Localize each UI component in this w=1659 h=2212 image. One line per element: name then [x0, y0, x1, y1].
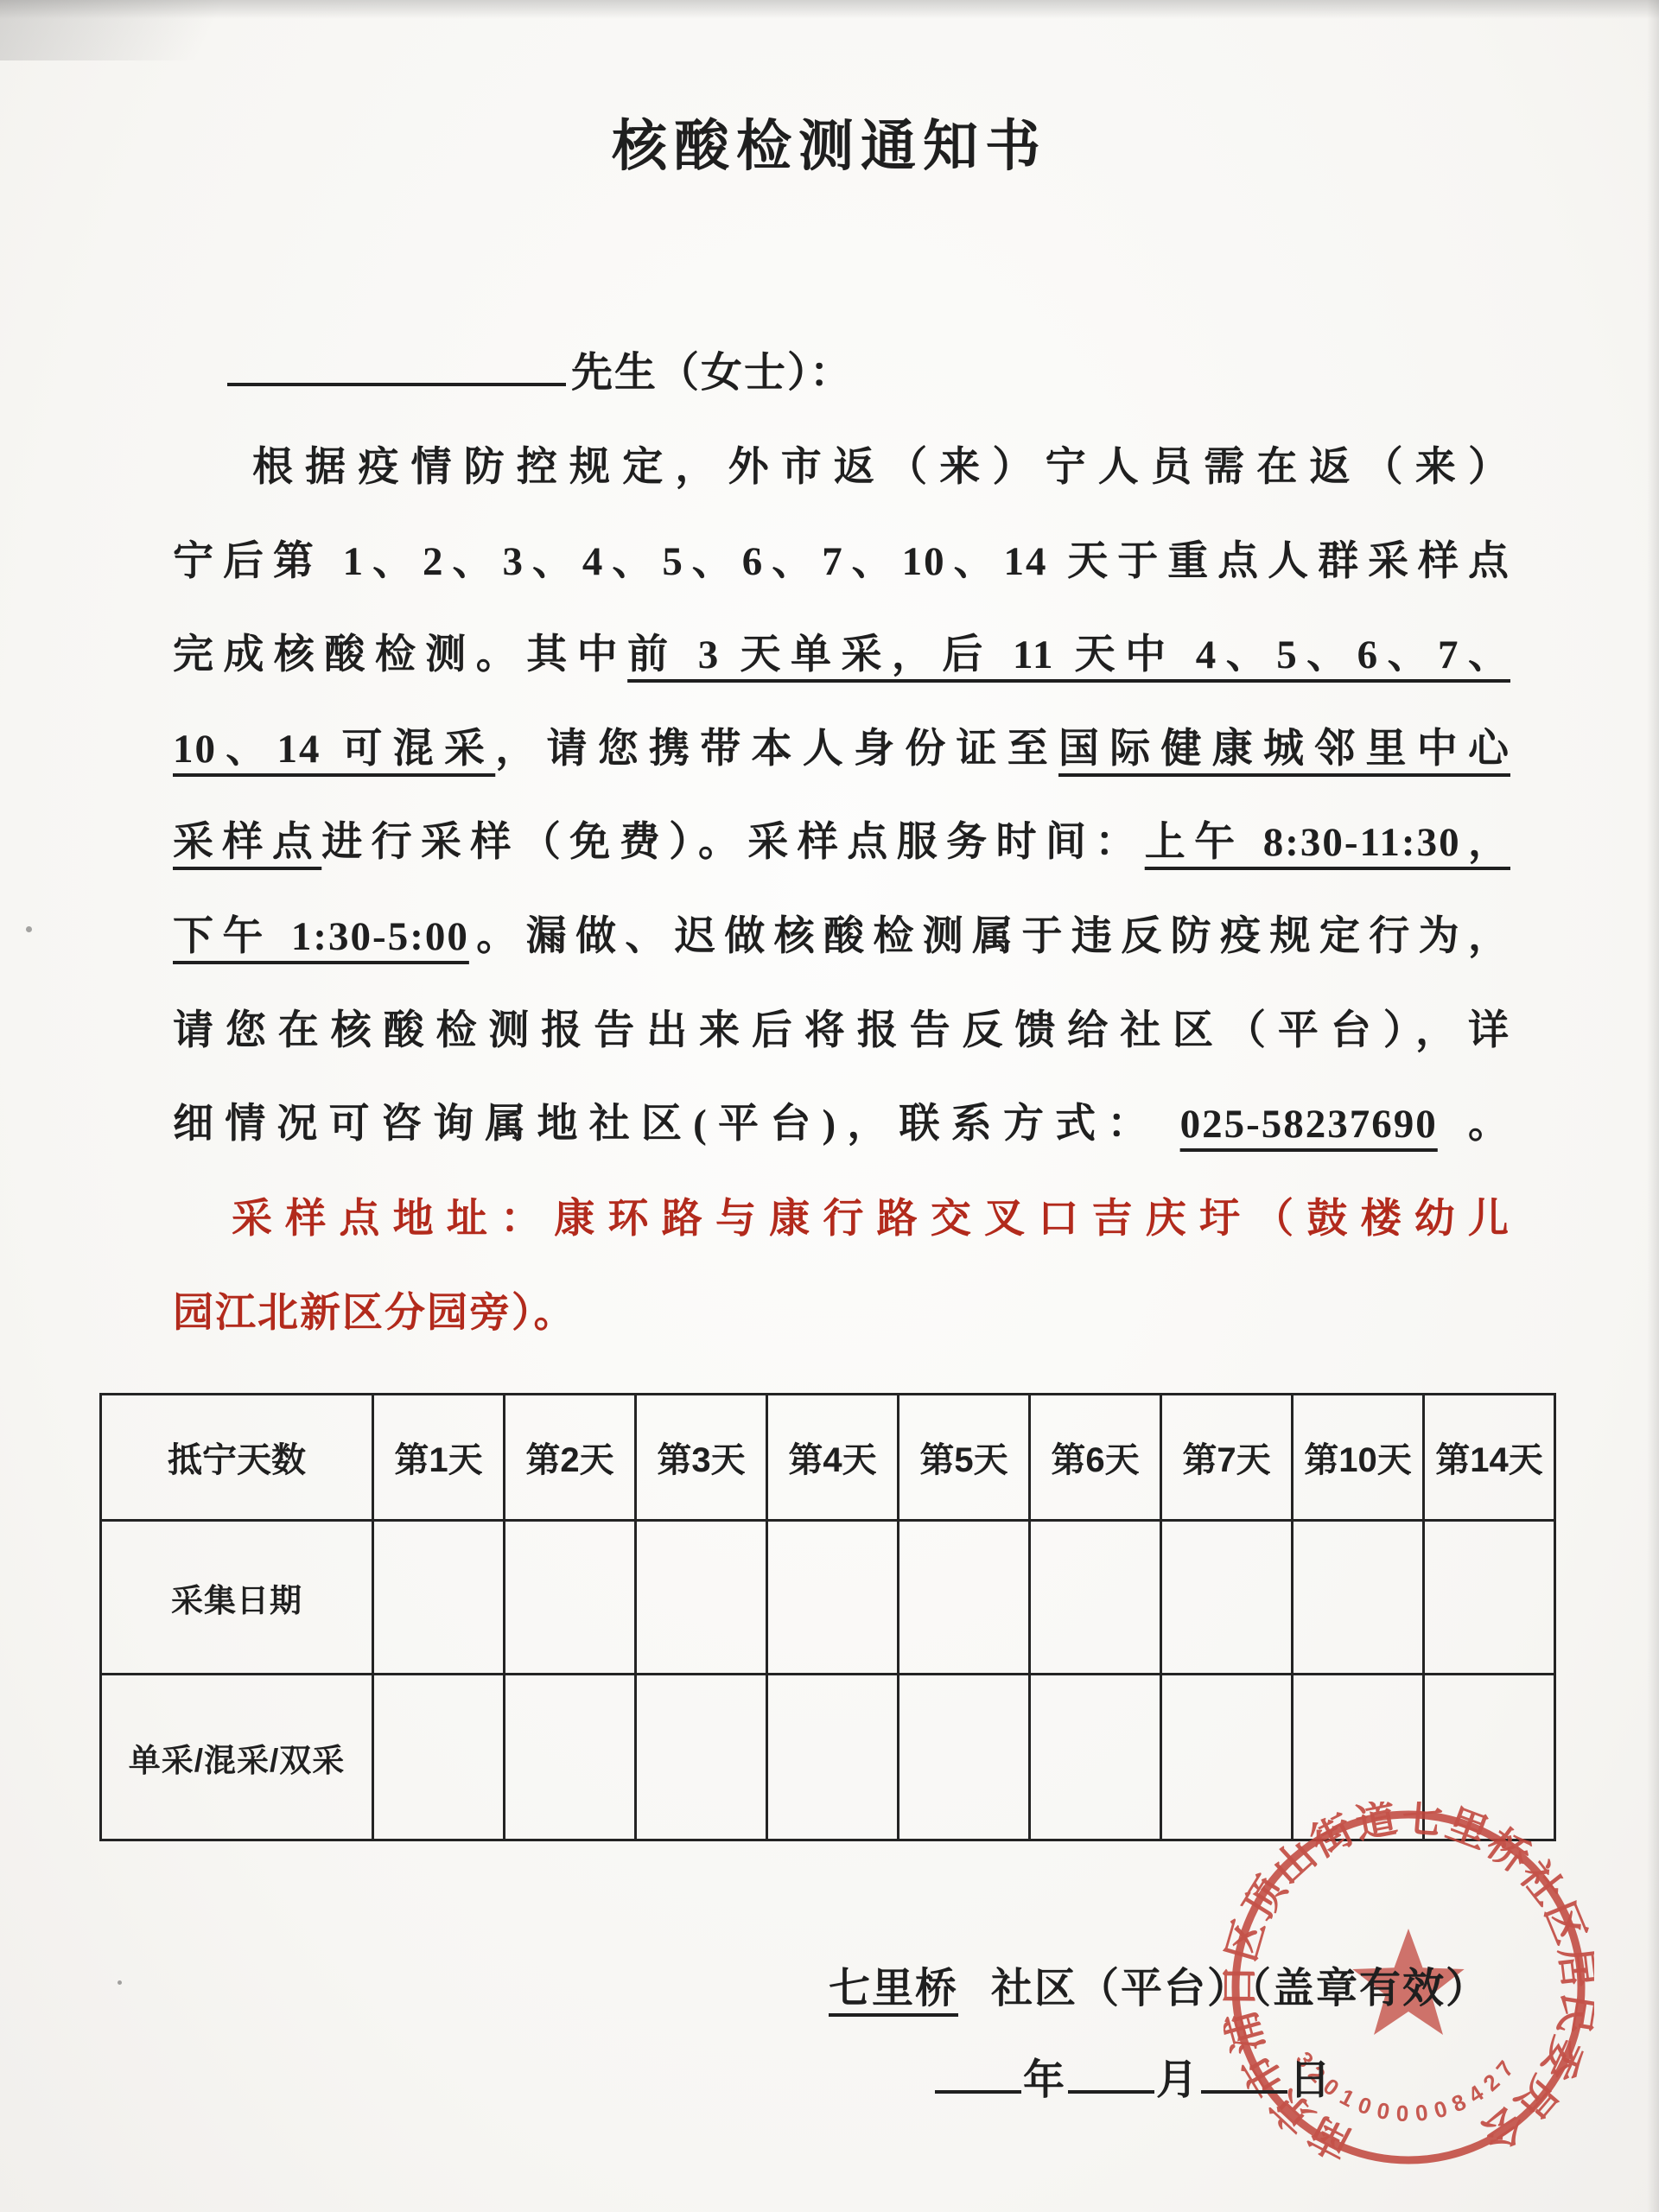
sampling-address-line-2: 园江北新区分园旁）。: [173, 1281, 1510, 1338]
body-text: 。漏做、迟做核酸检测属于违反防疫规定行为，: [469, 914, 1510, 959]
body-line-8: 细情况可咨询属地社区(平台)，联系方式：025-58237690。: [173, 1091, 1510, 1149]
body-text: 请您在核酸检测报告出来后将报告反馈给社区（平台），详: [173, 1008, 1510, 1053]
schedule-table: 抵宁天数第1天第2天第3天第4天第5天第6天第7天第10天第14天采集日期单采/…: [99, 1393, 1556, 1841]
empty-cell: [1424, 1521, 1555, 1675]
sampling-address-line-1: 采样点地址：康环路与康行路交叉口吉庆圩（鼓楼幼儿: [232, 1186, 1510, 1244]
body-line-5: 采样点进行采样（免费）。采样点服务时间：上午 8:30-11:30，: [173, 810, 1510, 868]
empty-cell: [1030, 1675, 1161, 1840]
signature-suffix: 社区（平台）（盖章有效）: [991, 1966, 1489, 2012]
address-text: 园江北新区分园旁）。: [173, 1291, 576, 1336]
empty-cell: [1161, 1521, 1293, 1675]
collection-date-row: 采集日期: [101, 1521, 1555, 1675]
community-name: 七里桥: [808, 1966, 979, 2012]
day-blank-field: [1201, 2048, 1287, 2094]
body-line-4: 10、14 可混采，请您携带本人身份证至国际健康城邻里中心: [173, 716, 1510, 774]
body-text: 宁后第 1、2、3、4、5、6、7、10、14 天于重点人群采样点: [173, 539, 1510, 584]
phone-number: 025-58237690: [1160, 1102, 1459, 1147]
underlined-text: 上午 8:30-11:30，: [1145, 820, 1510, 865]
underlined-text: 下午 1:30-5:00: [173, 914, 469, 959]
empty-cell: [1293, 1521, 1424, 1675]
day-header: 第4天: [767, 1395, 899, 1521]
month-label: 月: [1156, 2057, 1199, 2103]
day-header: 第6天: [1030, 1395, 1161, 1521]
body-line-7: 请您在核酸检测报告出来后将报告反馈给社区（平台），详: [173, 998, 1510, 1056]
signature-line: 七里桥 社区（平台）（盖章有效）: [808, 1955, 1489, 2014]
document-title: 核酸检测通知书: [0, 102, 1659, 181]
scan-corner-artifact: [0, 0, 294, 60]
empty-cell: [899, 1521, 1030, 1675]
empty-cell: [505, 1521, 636, 1675]
date-line: 年月日: [933, 2046, 1332, 2106]
empty-cell: [899, 1675, 1030, 1840]
scan-speckle: [26, 926, 32, 932]
day-header: 第1天: [373, 1395, 505, 1521]
body-line-6: 下午 1:30-5:00。漏做、迟做核酸检测属于违反防疫规定行为，: [173, 904, 1510, 962]
empty-cell: [767, 1521, 899, 1675]
table-header-row: 抵宁天数第1天第2天第3天第4天第5天第6天第7天第10天第14天: [101, 1395, 1555, 1521]
underlined-text: 国际健康城邻里中心: [1058, 727, 1510, 772]
body-line-3: 完成核酸检测。其中前 3 天单采，后 11 天中 4、5、6、7、: [173, 622, 1510, 680]
empty-cell: [373, 1521, 505, 1675]
empty-cell: [767, 1675, 899, 1840]
empty-cell: [505, 1675, 636, 1840]
body-text: 细情况可咨询属地社区(平台)，联系方式：: [173, 1102, 1160, 1147]
salutation-text: 先生（女士）：: [571, 350, 853, 396]
row-label: 采集日期: [101, 1521, 373, 1675]
day-header: 第7天: [1161, 1395, 1293, 1521]
body-text: 完成核酸检测。其中: [173, 632, 627, 677]
empty-cell: [636, 1521, 767, 1675]
underlined-text: 10、14 可混采: [173, 727, 495, 772]
underlined-text: 前 3 天单采，后 11 天中 4、5、6、7、: [627, 632, 1510, 677]
name-blank-field: [227, 340, 566, 386]
scan-edge-artifact: [1647, 0, 1659, 2212]
address-text: 采样点地址：康环路与康行路交叉口吉庆圩（鼓楼幼儿: [232, 1197, 1510, 1242]
empty-cell: [636, 1675, 767, 1840]
day-header: 第10天: [1293, 1395, 1424, 1521]
day-header: 第5天: [899, 1395, 1030, 1521]
year-label: 年: [1023, 2057, 1066, 2103]
month-blank-field: [1068, 2048, 1154, 2094]
empty-cell: [373, 1675, 505, 1840]
arrival-days-header: 抵宁天数: [101, 1395, 373, 1521]
body-text: 。: [1459, 1102, 1510, 1147]
body-line-2: 宁后第 1、2、3、4、5、6、7、10、14 天于重点人群采样点: [173, 529, 1510, 587]
body-line-1: 根据疫情防控规定，外市返（来）宁人员需在返（来）: [252, 435, 1510, 493]
body-text: 根据疫情防控规定，外市返（来）宁人员需在返（来）: [252, 445, 1510, 490]
day-label: 日: [1289, 2057, 1332, 2103]
day-header: 第3天: [636, 1395, 767, 1521]
body-text: 进行采样（免费）。采样点服务时间：: [321, 820, 1145, 865]
salutation-line: 先生（女士）：: [227, 339, 853, 398]
scan-speckle: [118, 1980, 122, 1985]
underlined-text: 采样点: [173, 820, 321, 865]
day-header: 第2天: [505, 1395, 636, 1521]
day-header: 第14天: [1424, 1395, 1555, 1521]
nucleic-acid-test-notice: 核酸检测通知书 先生（女士）： 根据疫情防控规定，外市返（来）宁人员需在返（来）…: [0, 0, 1659, 2212]
year-blank-field: [935, 2048, 1021, 2094]
row-label: 单采/混采/双采: [101, 1675, 373, 1840]
empty-cell: [1030, 1521, 1161, 1675]
body-text: ，请您携带本人身份证至: [495, 727, 1058, 772]
